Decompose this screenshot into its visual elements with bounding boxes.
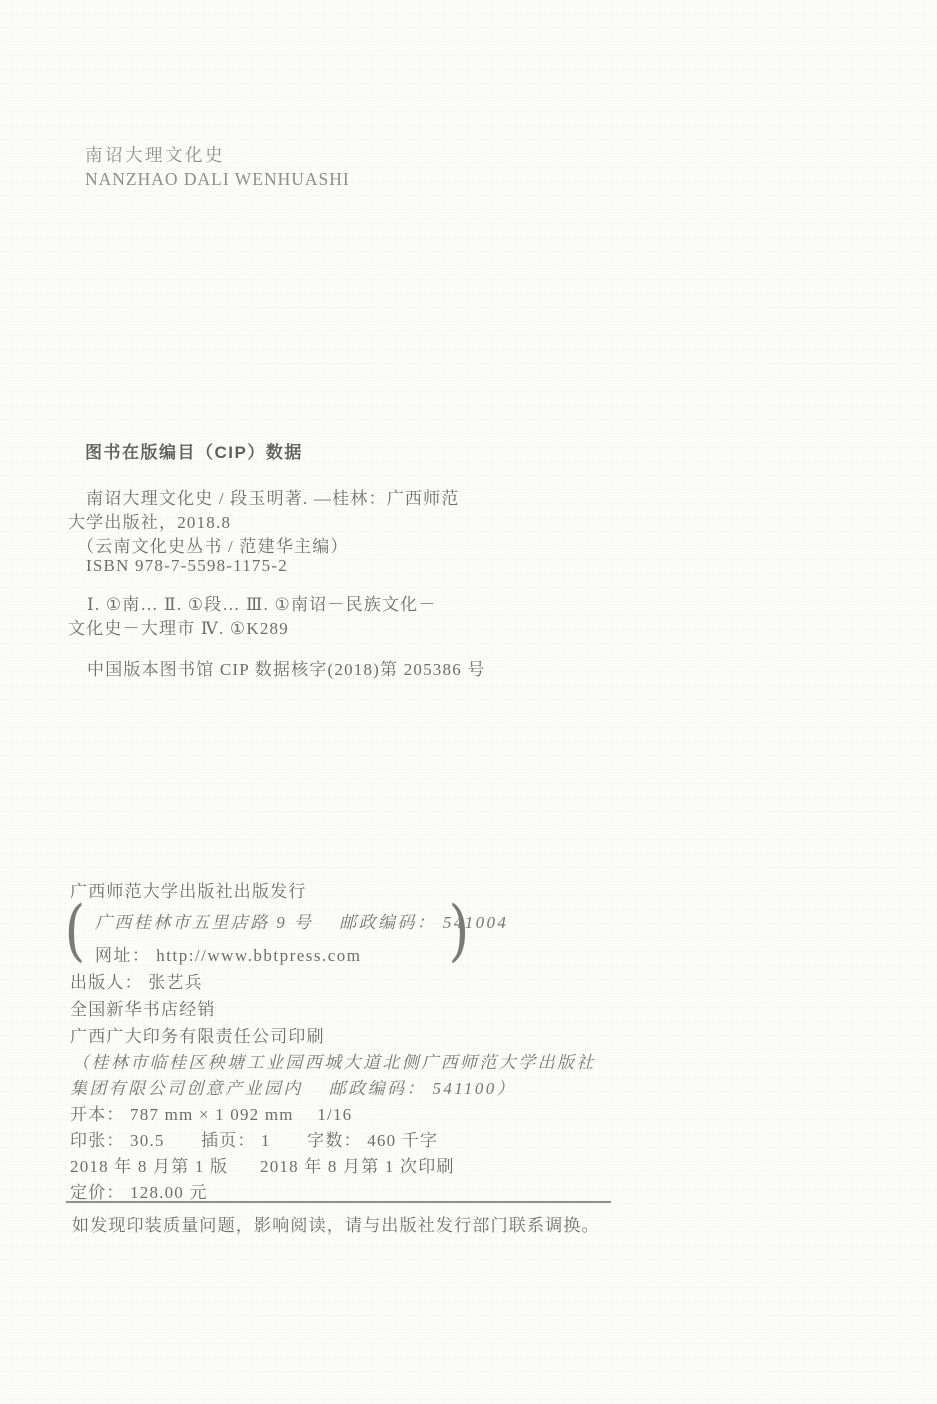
book-copyright-page: 南诏大理文化史 NANZHAO DALI WENHUASHI 图书在版编目（CI…: [0, 0, 937, 1404]
printer-address-line2: 集团有限公司创意产业园内 邮政编码： 541100）: [70, 1074, 516, 1099]
right-parenthesis-glyph: ): [449, 898, 470, 964]
cip-classification-line2: 文化史－大理市 Ⅳ. ①K289: [68, 614, 289, 639]
cip-heading: 图书在版编目（CIP）数据: [85, 438, 303, 463]
edition-line: 2018 年 8 月第 1 版: [70, 1152, 228, 1177]
cip-isbn: ISBN 978-7-5598-1175-2: [86, 556, 288, 576]
publisher-website-line: 网址： http://www.bbtpress.com: [95, 941, 362, 966]
left-parenthesis-glyph: (: [65, 898, 86, 964]
cip-series-note: （云南文化史丛书 / 范建华主编）: [77, 532, 349, 557]
cip-entry-line1: 南诏大理文化史 / 段玉明著. —桂林：广西师范: [86, 484, 460, 509]
publisher-person-line: 出版人： 张艺兵: [70, 968, 203, 993]
cip-classification-line1: Ⅰ. ①南… Ⅱ. ①段… Ⅲ. ①南诏－民族文化－: [87, 590, 437, 615]
publisher-address-line: 广西桂林市五里店路 9 号 邮政编码： 541004: [95, 908, 508, 933]
distribution-line: 全国新华书店经销: [70, 995, 216, 1020]
book-title-pinyin: NANZHAO DALI WENHUASHI: [85, 169, 350, 190]
printer-line: 广西广大印务有限责任公司印刷: [70, 1022, 325, 1047]
cip-record-number: 中国版本图书馆 CIP 数据核字(2018)第 205386 号: [87, 655, 486, 680]
printer-address-line1: （桂林市临桂区秧塘工业园西城大道北侧广西师范大学出版社: [72, 1048, 596, 1073]
book-title-chinese: 南诏大理文化史: [85, 142, 225, 167]
printing-line: 2018 年 8 月第 1 次印刷: [260, 1152, 455, 1177]
footer-divider-rule: [66, 1201, 611, 1203]
price-line: 定价： 128.00 元: [70, 1178, 208, 1203]
cip-entry-line2: 大学出版社，2018.8: [68, 508, 231, 533]
quality-notice-line: 如发现印装质量问题，影响阅读，请与出版社发行部门联系调换。: [72, 1211, 600, 1236]
publisher-line: 广西师范大学出版社出版发行: [70, 877, 307, 902]
sheets-line: 印张： 30.5 插页： 1 字数： 460 千字: [70, 1126, 438, 1151]
format-line: 开本： 787 mm × 1 092 mm 1/16: [70, 1100, 352, 1125]
